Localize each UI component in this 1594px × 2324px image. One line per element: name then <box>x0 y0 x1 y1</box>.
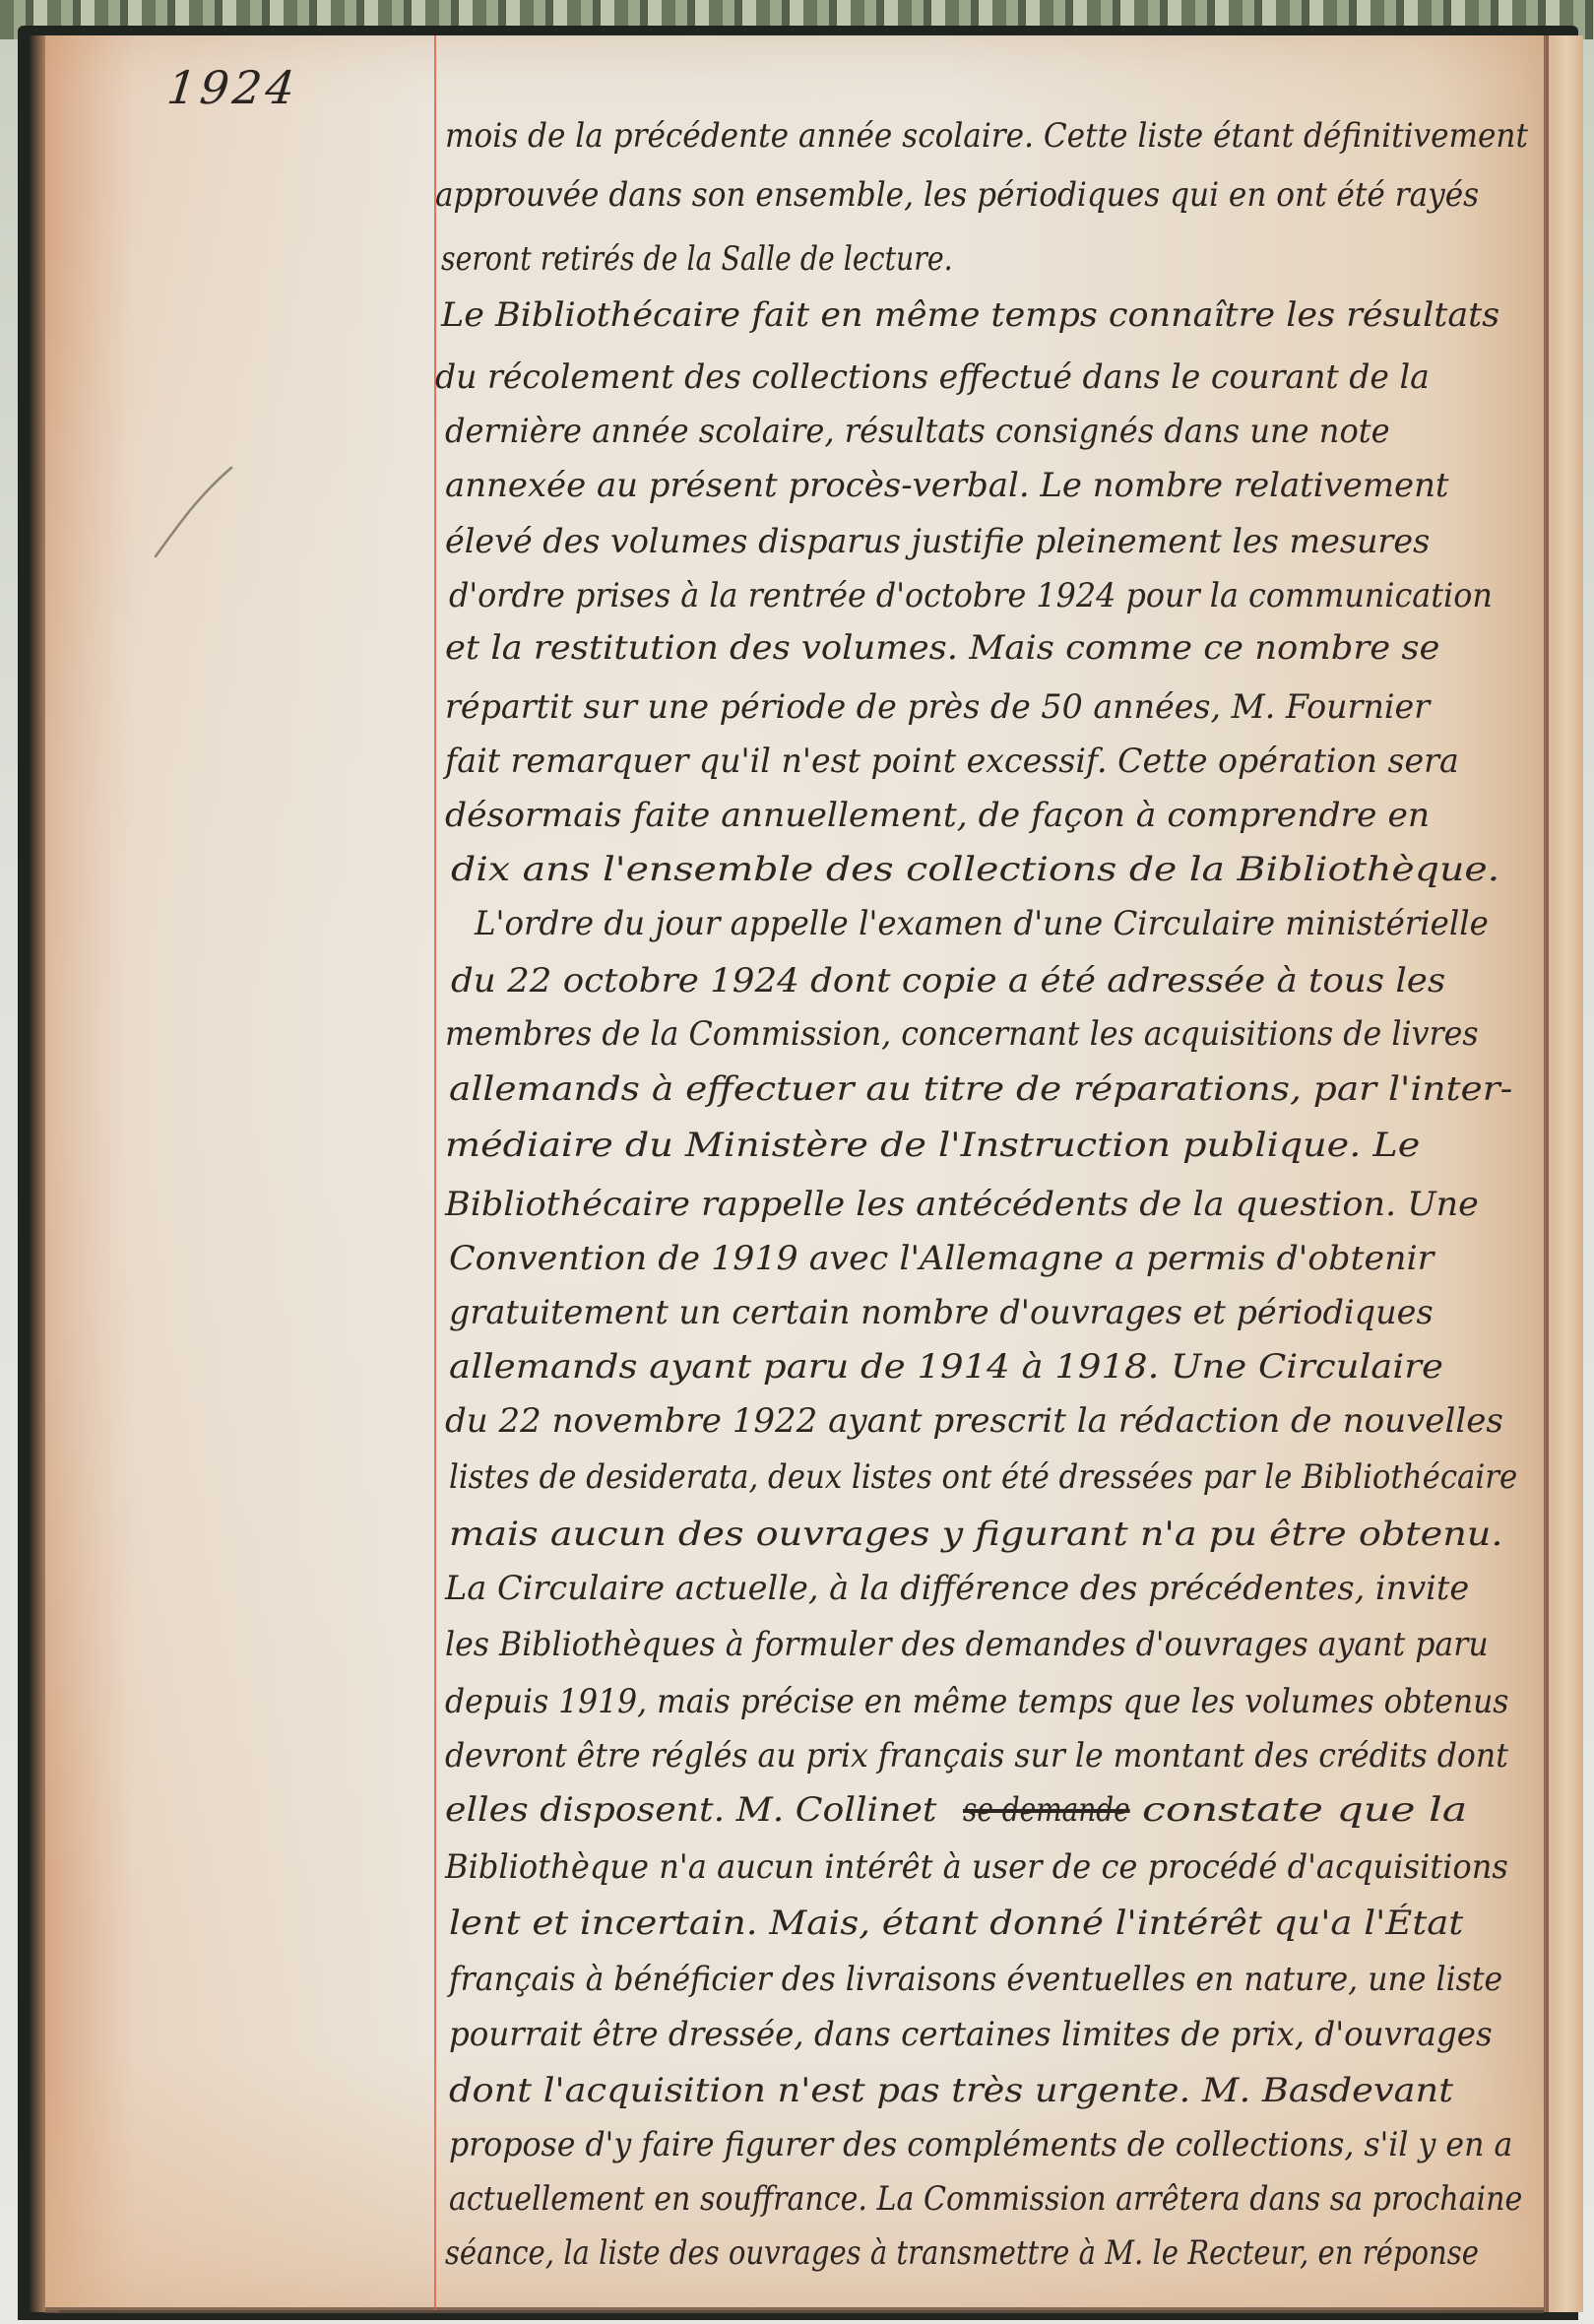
handwritten-line: Bibliothèque n'a aucun intérêt à user de… <box>445 1847 1508 1887</box>
handwritten-line: désormais faite annuellement, de façon à… <box>445 796 1430 835</box>
handwritten-line: elles disposent. M. Collinet <box>445 1790 937 1830</box>
handwritten-line: Bibliothécaire rappelle les antécédents … <box>445 1185 1479 1224</box>
handwritten-line: élevé des volumes disparus justifie plei… <box>445 522 1430 561</box>
handwritten-line: gratuitement un certain nombre d'ouvrage… <box>449 1293 1434 1332</box>
handwritten-line: seront retirés de la Salle de lecture. <box>441 239 953 279</box>
handwritten-line: d'ordre prises à la rentrée d'octobre 19… <box>449 576 1493 615</box>
struck-through-text: se demande <box>963 1790 1130 1830</box>
handwritten-line: mais aucun des ouvrages y figurant n'a p… <box>449 1515 1503 1554</box>
handwritten-line: allemands à effectuer au titre de répara… <box>449 1069 1512 1109</box>
handwritten-line: allemands ayant paru de 1914 à 1918. Une… <box>449 1347 1443 1387</box>
handwritten-line: fait remarquer qu'il n'est point excessi… <box>445 742 1459 781</box>
handwritten-line: du 22 octobre 1924 dont copie a été adre… <box>451 961 1445 1001</box>
handwritten-line: L'ordre du jour appelle l'examen d'une C… <box>475 904 1489 943</box>
handwritten-line: Le Bibliothécaire fait en même temps con… <box>441 295 1499 335</box>
handwritten-line: et la restitution des volumes. Mais comm… <box>445 628 1439 668</box>
handwritten-line: propose d'y faire figurer des complément… <box>449 2125 1512 2164</box>
handwritten-line: pourrait être dressée, dans certaines li… <box>449 2015 1493 2054</box>
handwritten-line: Convention de 1919 avec l'Allemagne a pe… <box>449 1239 1434 1278</box>
handwritten-line: constate que la <box>1142 1790 1467 1830</box>
handwritten-line: mois de la précédente année scolaire. Ce… <box>445 116 1528 156</box>
margin-year-note: 1924 <box>164 61 301 114</box>
gutter-line <box>1546 35 1549 2312</box>
pencil-stroke-mark <box>148 458 246 561</box>
handwritten-line: dix ans l'ensemble des collections de la… <box>451 850 1499 889</box>
handwritten-line: médiaire du Ministère de l'Instruction p… <box>445 1126 1420 1165</box>
handwritten-line: les Bibliothèques à formuler des demande… <box>445 1625 1489 1664</box>
handwritten-line: listes de desiderata, deux listes ont ét… <box>449 1457 1517 1497</box>
handwritten-line: actuellement en souffrance. La Commissio… <box>449 2179 1522 2219</box>
handwritten-line: lent et incertain. Mais, étant donné l'i… <box>449 1904 1463 1943</box>
facing-page-edge <box>1544 35 1583 2312</box>
page-bottom-edge <box>45 2307 1544 2313</box>
handwritten-line: du 22 novembre 1922 ayant prescrit la ré… <box>445 1401 1503 1441</box>
handwritten-line: depuis 1919, mais précise en même temps … <box>445 1682 1508 1721</box>
handwritten-line: répartit sur une période de près de 50 a… <box>445 687 1430 727</box>
handwritten-line: approuvée dans son ensemble, les périodi… <box>435 175 1479 215</box>
handwritten-line: devront être réglés au prix français sur… <box>445 1736 1508 1775</box>
handwritten-line: dernière année scolaire, résultats consi… <box>445 412 1390 451</box>
handwritten-line: dont l'acquisition n'est pas très urgent… <box>449 2071 1453 2110</box>
handwritten-line: séance, la liste des ouvrages à transmet… <box>445 2233 1479 2273</box>
handwritten-line: annexée au présent procès-verbal. Le nom… <box>445 466 1449 505</box>
handwritten-line: français à bénéficier des livraisons éve… <box>449 1960 1502 1999</box>
handwritten-line: du récolement des collections effectué d… <box>435 357 1430 397</box>
handwritten-line: membres de la Commission, concernant les… <box>445 1014 1479 1054</box>
handwritten-line: La Circulaire actuelle, à la différence … <box>445 1569 1469 1608</box>
